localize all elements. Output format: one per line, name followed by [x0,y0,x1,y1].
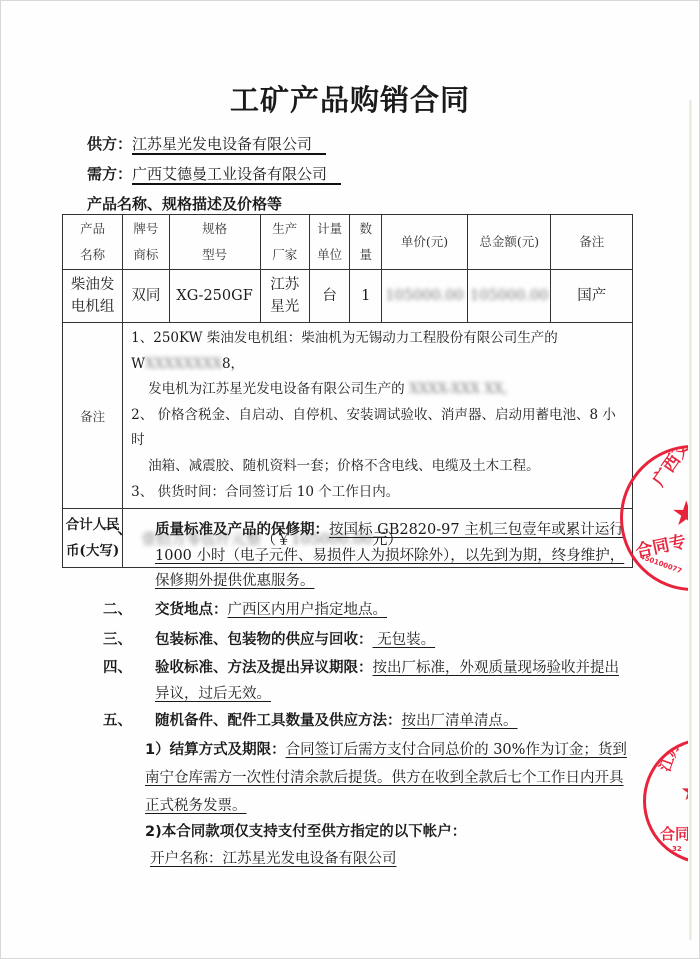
document-title: 工矿产品购销合同 [0,78,700,119]
header-model: 规格型号 [169,215,260,270]
redacted-alternator-model: XXXX-XXX XX, [409,381,508,397]
remarks-content: 1、250KW 柴油发电机组：柴油机为无锡动力工程股份有限公司生产的 WXXXX… [123,323,633,509]
remark-line-2: 发电机为江苏星光发电设备有限公司生产的 XXXX-XXX XX, [131,377,624,403]
cell-model: XG-250GF [169,270,260,323]
remark-line-5: 3、 供货时间：合同签订后 10 个工作日内。 [131,480,624,506]
table-row: 柴油发电机组 双同 XG-250GF 江苏星光 台 1 105000.00 10… [63,270,633,323]
stamp-bottom-text: 合同 [660,823,688,844]
header-brand: 牌号商标 [123,215,169,270]
header-total: 总金额(元) [468,215,551,270]
redacted-total: 105000.00 [470,288,548,304]
goods-table: 产品名称 牌号商标 规格型号 生产厂家 计量单位 数量 单价(元) 总金额(元)… [62,214,633,568]
cell-maker: 江苏星光 [260,270,309,323]
cell-unit: 台 [309,270,350,323]
clause-delivery: 二、 交货地点：广西区内用户指定地点。 [103,598,633,624]
cell-brand: 双同 [123,270,169,323]
cell-product-name: 柴油发电机组 [63,270,123,323]
payment-terms: 1）结算方式及期限：合同签订后需方支付合同总价的 30%作为订金；货到南宁仓库需… [145,736,635,820]
page-edge [689,100,692,940]
header-qty: 数量 [350,215,382,270]
remark-line-3: 2、 价格含税金、自启动、自停机、安装调试验收、消声器、启动用蓄电池、8 小时 [131,403,624,454]
header-maker: 生产厂家 [260,215,309,270]
header-unit-price: 单价(元) [382,215,468,270]
buyer-label: 需方： [87,165,132,183]
redacted-unit-price: 105000.00 [385,288,463,304]
remarks-row: 备注 1、250KW 柴油发电机组：柴油机为无锡动力工程股份有限公司生产的 WX… [63,323,633,509]
stamp-serial: 32 [672,845,682,853]
stamp-text: 广西艾德曼工 [645,445,688,490]
buyer-line: 需方：广西艾德曼工业设备有限公司 [87,163,341,184]
supplier-label: 供方： [87,135,132,153]
star-icon: ★ [680,777,688,807]
clause-packaging: 三、 包装标准、包装物的供应与回收： 无包装。 [103,628,633,654]
clause-accessories: 五、 随机备件、配件工具数量及供应方法：按出厂清单清点。 [103,709,633,735]
header-remark: 备注 [551,215,633,270]
table-header-row: 产品名称 牌号商标 规格型号 生产厂家 计量单位 数量 单价(元) 总金额(元)… [63,215,633,270]
cell-unit-price: 105000.00 [382,270,468,323]
supplier-contract-stamp: 江苏星光发电 ★ 合同 32 [640,735,688,865]
header-product-name: 产品名称 [63,215,123,270]
stamp-text: 江苏星光发电 [654,738,688,774]
remark-line-4: 油箱、减震胶、随机资料一套；价格不含电线、电缆及土木工程。 [131,454,624,480]
buyer-contract-stamp: 广西艾德曼工 ★ 合同专 450100077 [615,440,688,600]
supplier-line: 供方：江苏星光发电设备有限公司 [87,133,326,154]
cell-total: 105000.00 [468,270,551,323]
payment-account-note: 2)本合同款项仅支持支付至供方指定的以下帐户： [145,818,635,846]
supplier-name: 江苏星光发电设备有限公司 [132,135,326,155]
remark-line-1: 1、250KW 柴油发电机组：柴油机为无锡动力工程股份有限公司生产的 WXXXX… [131,326,624,377]
clause-quality: 一、 质量标准及产品的保修期：按国标 GB2820-97 主机三包壹年或累计运行… [103,518,633,595]
section-heading: 产品名称、规格描述及价格等 [87,193,282,214]
clause-acceptance: 四、 验收标准、方法及提出异议期限：按出厂标准，外观质量现场验收并提出异议，过后… [103,656,633,707]
remarks-label: 备注 [63,323,123,509]
cell-qty: 1 [350,270,382,323]
buyer-name: 广西艾德曼工业设备有限公司 [132,165,341,185]
account-name-line: 开户名称：江苏星光发电设备有限公司 [150,845,640,873]
cell-remark: 国产 [551,270,633,323]
header-unit: 计量单位 [309,215,350,270]
redacted-engine-model: XXXXXXXX [145,356,222,372]
